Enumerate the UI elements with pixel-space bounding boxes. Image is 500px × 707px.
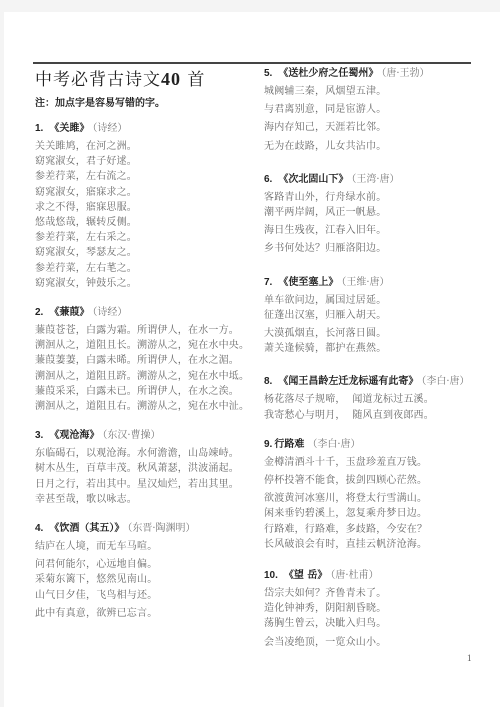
poem-line: 蒹葭萋萋，白露未晞。所谓伊人，在水之湄。 [35,353,255,368]
poem-number: 7. [264,277,272,288]
poem-title: 《送杜少府之任蜀州》 [278,68,378,79]
poem-title: 《观沧海》 [49,430,99,441]
poem-line: 问君何能尔，心远地自偏。 [35,557,255,572]
poem-line: 悠哉悠哉，辗转反侧。 [35,215,255,230]
header-rule [33,62,471,64]
poem-author: （东汉·曹操） [102,430,160,441]
page-number: 1 [467,653,472,663]
poem-line: 海内存知己，天涯若比邻。 [264,120,494,135]
poem-title: 《次北固山下》 [278,174,348,185]
left-column: 中考必背古诗文40 首 注：加点字是容易写错的字。 1.《关雎》（诗经） 关关雎… [35,68,255,635]
poem-line: 闲来垂钓碧溪上，忽复乘舟梦日边。 [264,506,494,521]
poem-heading: 3.《观沧海》（东汉·曹操） [35,428,255,443]
poem-line: 停杯投箸不能食，拔剑四顾心茫然。 [264,473,494,488]
title-number: 40 [161,69,181,89]
poem-line: 长风破浪会有时，直挂云帆济沧海。 [264,537,494,552]
poem-line: 采菊东篱下，悠然见南山。 [35,572,255,587]
poem-7: 7.《使至塞上》（王维·唐） 单车欲问边，属国过居延。 征蓬出汉塞，归雁入胡天。… [264,275,494,357]
poem-heading: 1.《关雎》（诗经） [35,121,255,136]
poem-line: 东临碣石，以观沧海。水何澹澹，山岛竦峙。 [35,446,255,461]
poem-title: 《望 岳》 [284,570,327,581]
poem-author: （唐·王勃） [381,68,429,79]
poem-line: 日月之行，若出其中。星汉灿烂，若出其里。 [35,477,255,492]
poem-line: 单车欲问边，属国过居延。 [264,293,494,308]
poem-title: 行路难 [274,439,304,450]
poem-heading: 7.《使至塞上》（王维·唐） [264,275,494,290]
poem-author: （唐·杜甫） [330,570,378,581]
poem-line: 山气日夕佳，飞鸟相与还。 [35,588,255,603]
poem-line: 窈窕淑女，君子好逑。 [35,154,255,169]
poem-heading: 8.《闻王昌龄左迁龙标遥有此寄》（李白·唐） [264,374,494,389]
poem-6: 6.《次北固山下》（王湾·唐） 客路青山外，行舟绿水前。 潮平两岸阔，风正一帆悬… [264,172,494,257]
poem-line: 荡胸生曾云，决眦入归鸟。 [264,616,494,631]
poem-line: 乡书何处达？归雁洛阳边。 [264,241,494,256]
poem-line: 求之不得，寤寐思服。 [35,200,255,215]
poem-line: 潮平两岸阔，风正一帆悬。 [264,205,494,220]
poem-line: 我寄愁心与明月， 随风直到夜郎西。 [264,408,494,423]
poem-line: 无为在歧路，儿女共沾巾。 [264,139,494,154]
poem-number: 2. [35,307,43,318]
poem-number: 5. [264,68,272,79]
poem-author: （王湾·唐） [351,174,399,185]
poem-line: 行路难，行路难，多歧路，今安在？ [264,522,494,537]
poem-line: 岱宗夫如何？齐鲁青未了。 [264,586,494,601]
poem-author: （李白·唐） [421,376,469,387]
poem-1: 1.《关雎》（诗经） 关关雎鸠，在河之洲。 窈窕淑女，君子好逑。 参差荇菜，左右… [35,121,255,291]
poem-line: 溯洄从之，道阻且跻。溯游从之，宛在水中坻。 [35,369,255,384]
poem-8: 8.《闻王昌龄左迁龙标遥有此寄》（李白·唐） 杨花落尽子规啼， 闻道龙标过五溪。… [264,374,494,422]
poem-author: （王维·唐） [341,277,389,288]
note: 注：加点字是容易写错的字。 [35,97,255,111]
poem-author: （东晋·陶渊明） [127,523,195,534]
poem-line: 萧关逢候骑，都护在燕然。 [264,341,494,356]
right-column: 5.《送杜少府之任蜀州》（唐·王勃） 城阙辅三秦，风烟望五津。 与君离别意，同是… [264,66,494,664]
poem-2: 2.《蒹葭》（诗经） 蒹葭苍苍，白露为霜。所谓伊人，在水一方。 溯洄从之，道阻且… [35,305,255,414]
poem-line: 欲渡黄河冰塞川，将登太行雪满山。 [264,491,494,506]
poem-line: 造化钟神秀，阴阳割昏晓。 [264,601,494,616]
poem-number: 1. [35,123,43,134]
poem-line: 窈窕淑女，琴瑟友之。 [35,245,255,260]
poem-9: 9.行路难（李白·唐） 金樽清酒斗十千，玉盘珍羞直万钱。 停杯投箸不能食，拔剑四… [264,437,494,552]
poem-title: 《关雎》 [49,123,89,134]
poem-line: 树木丛生，百草丰茂。秋风萧瑟，洪波涌起。 [35,461,255,476]
poem-line: 此中有真意，欲辨已忘言。 [35,606,255,621]
poem-line: 海日生残夜，江春入旧年。 [264,223,494,238]
poem-title: 《蒹葭》 [49,307,89,318]
poem-line: 征蓬出汉塞，归雁入胡天。 [264,308,494,323]
poem-4: 4.《饮酒（其五）》（东晋·陶渊明） 结庐在人境，而无车马喧。 问君何能尔，心远… [35,521,255,621]
poem-number: 4. [35,523,43,534]
poem-heading: 6.《次北固山下》（王湾·唐） [264,172,494,187]
poem-author: （诗经） [92,123,127,134]
poem-5: 5.《送杜少府之任蜀州》（唐·王勃） 城阙辅三秦，风烟望五津。 与君离别意，同是… [264,66,494,154]
poem-line: 杨花落尽子规啼， 闻道龙标过五溪。 [264,392,494,407]
title-prefix: 中考必背古诗文 [35,70,161,90]
poem-line: 参差荇菜，左右芼之。 [35,261,255,276]
poem-line: 溯洄从之，道阻且长。溯游从之，宛在水中央。 [35,338,255,353]
poem-line: 与君离别意，同是宦游人。 [264,102,494,117]
poem-3: 3.《观沧海》（东汉·曹操） 东临碣石，以观沧海。水何澹澹，山岛竦峙。 树木丛生… [35,428,255,507]
poem-heading: 9.行路难（李白·唐） [264,437,494,452]
poem-line: 窈窕淑女，寤寐求之。 [35,185,255,200]
poem-line: 蒹葭采采，白露未已。所谓伊人，在水之涘。 [35,384,255,399]
poem-number: 9. [264,439,272,450]
poem-author: （李白·唐） [307,439,360,450]
poem-line: 大漠孤烟直，长河落日圆。 [264,326,494,341]
poem-line: 蒹葭苍苍，白露为霜。所谓伊人，在水一方。 [35,323,255,338]
poem-line: 参差荇菜，左右采之。 [35,230,255,245]
poem-line: 结庐在人境，而无车马喧。 [35,539,255,554]
poem-number: 10. [264,570,278,581]
poem-line: 幸甚至哉，歌以咏志。 [35,492,255,507]
poem-number: 3. [35,430,43,441]
poem-line: 参差荇菜，左右流之。 [35,169,255,184]
poem-author: （诗经） [92,307,127,318]
poem-line: 客路青山外，行舟绿水前。 [264,190,494,205]
poem-line: 关关雎鸠，在河之洲。 [35,139,255,154]
poem-heading: 5.《送杜少府之任蜀州》（唐·王勃） [264,66,494,81]
poem-number: 8. [264,376,272,387]
poem-line: 溯洄从之，道阻且右。溯游从之，宛在水中沚。 [35,399,255,414]
poem-10: 10.《望 岳》（唐·杜甫） 岱宗夫如何？齐鲁青未了。 造化钟神秀，阴阳割昏晓。… [264,568,494,650]
poem-title: 《饮酒（其五）》 [49,523,124,534]
poem-line: 会当凌绝顶，一览众山小。 [264,635,494,650]
poem-number: 6. [264,174,272,185]
page-title: 中考必背古诗文40 首 [35,68,255,91]
poem-heading: 2.《蒹葭》（诗经） [35,305,255,320]
poem-title: 《闻王昌龄左迁龙标遥有此寄》 [278,376,418,387]
poem-title: 《使至塞上》 [278,277,338,288]
poem-line: 金樽清酒斗十千，玉盘珍羞直万钱。 [264,455,494,470]
poem-line: 城阙辅三秦，风烟望五津。 [264,84,494,99]
title-suffix: 首 [187,70,205,90]
poem-heading: 4.《饮酒（其五）》（东晋·陶渊明） [35,521,255,536]
poem-line: 窈窕淑女，钟鼓乐之。 [35,276,255,291]
poem-heading: 10.《望 岳》（唐·杜甫） [264,568,494,583]
